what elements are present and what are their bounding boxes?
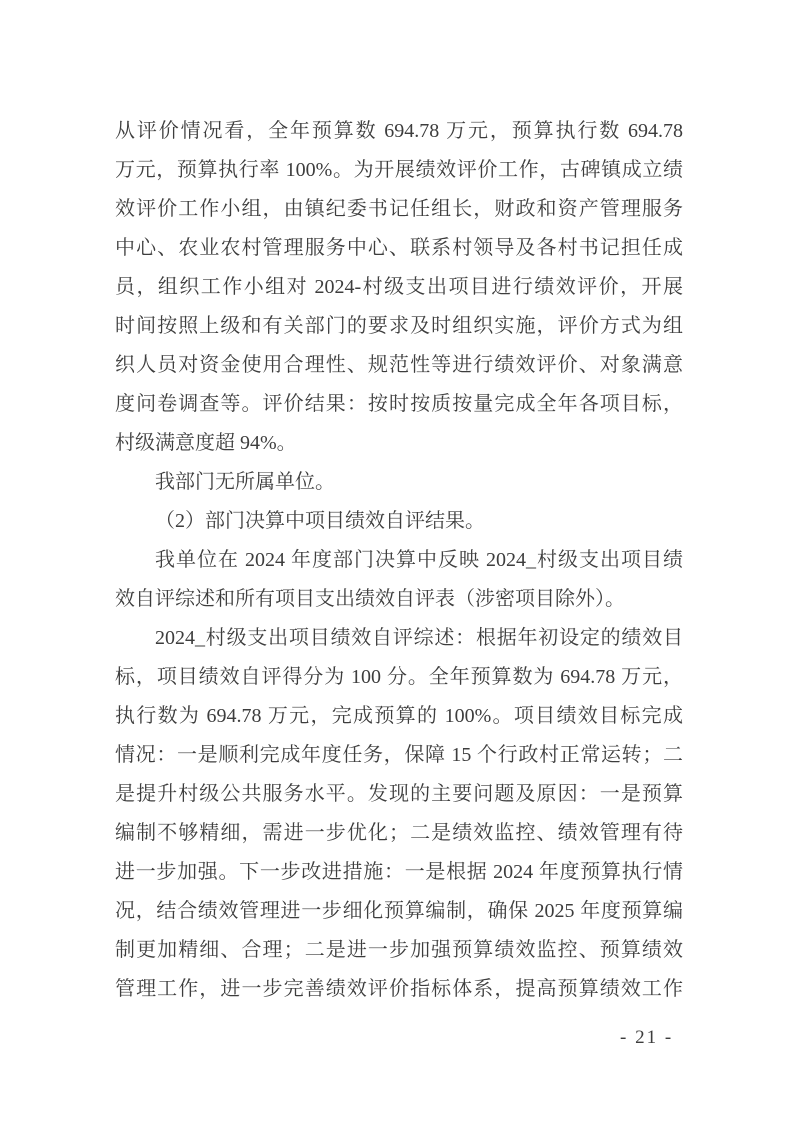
text-line: 效自评综述和所有项目支出绩效自评表（涉密项目除外）。: [115, 580, 683, 619]
text-line: 情况：一是顺利完成年度任务，保障 15 个行政村正常运转；二: [115, 736, 683, 775]
text-line: 我部门无所属单位。: [115, 463, 683, 502]
text-line: 织人员对资金使用合理性、规范性等进行绩效评价、对象满意: [115, 346, 683, 385]
text-line: 况，结合绩效管理进一步细化预算编制，确保 2025 年度预算编: [115, 892, 683, 931]
text-line: 编制不够精细，需进一步优化；二是绩效监控、绩效管理有待: [115, 814, 683, 853]
text-line: 时间按照上级和有关部门的要求及时组织实施，评价方式为组: [115, 307, 683, 346]
body-text: 从评价情况看，全年预算数 694.78 万元，预算执行数 694.78万元，预算…: [115, 112, 683, 1009]
text-line: 效评价工作小组，由镇纪委书记任组长，财政和资产管理服务: [115, 190, 683, 229]
text-line: 员，组织工作小组对 2024-村级支出项目进行绩效评价，开展: [115, 268, 683, 307]
text-line: 制更加精细、合理；二是进一步加强预算绩效监控、预算绩效: [115, 931, 683, 970]
text-line: 中心、农业农村管理服务中心、联系村领导及各村书记担任成: [115, 229, 683, 268]
page-number: - 21 -: [620, 1027, 673, 1049]
text-line: 执行数为 694.78 万元，完成预算的 100%。项目绩效目标完成: [115, 697, 683, 736]
text-line: 标，项目绩效自评得分为 100 分。全年预算数为 694.78 万元，: [115, 658, 683, 697]
text-line: 2024_村级支出项目绩效自评综述：根据年初设定的绩效目: [115, 619, 683, 658]
text-line: 是提升村级公共服务水平。发现的主要问题及原因：一是预算: [115, 775, 683, 814]
text-line: 我单位在 2024 年度部门决算中反映 2024_村级支出项目绩: [115, 541, 683, 580]
text-line: 从评价情况看，全年预算数 694.78 万元，预算执行数 694.78: [115, 112, 683, 151]
text-line: 进一步加强。下一步改进措施：一是根据 2024 年度预算执行情: [115, 853, 683, 892]
text-line: 管理工作，进一步完善绩效评价指标体系，提高预算绩效工作: [115, 970, 683, 1009]
text-line: 度问卷调查等。评价结果：按时按质按量完成全年各项目标，: [115, 385, 683, 424]
document-page: 从评价情况看，全年预算数 694.78 万元，预算执行数 694.78万元，预算…: [0, 0, 793, 1122]
text-line: （2）部门决算中项目绩效自评结果。: [115, 502, 683, 541]
text-line: 万元，预算执行率 100%。为开展绩效评价工作，古碑镇成立绩: [115, 151, 683, 190]
text-line: 村级满意度超 94%。: [115, 424, 683, 463]
